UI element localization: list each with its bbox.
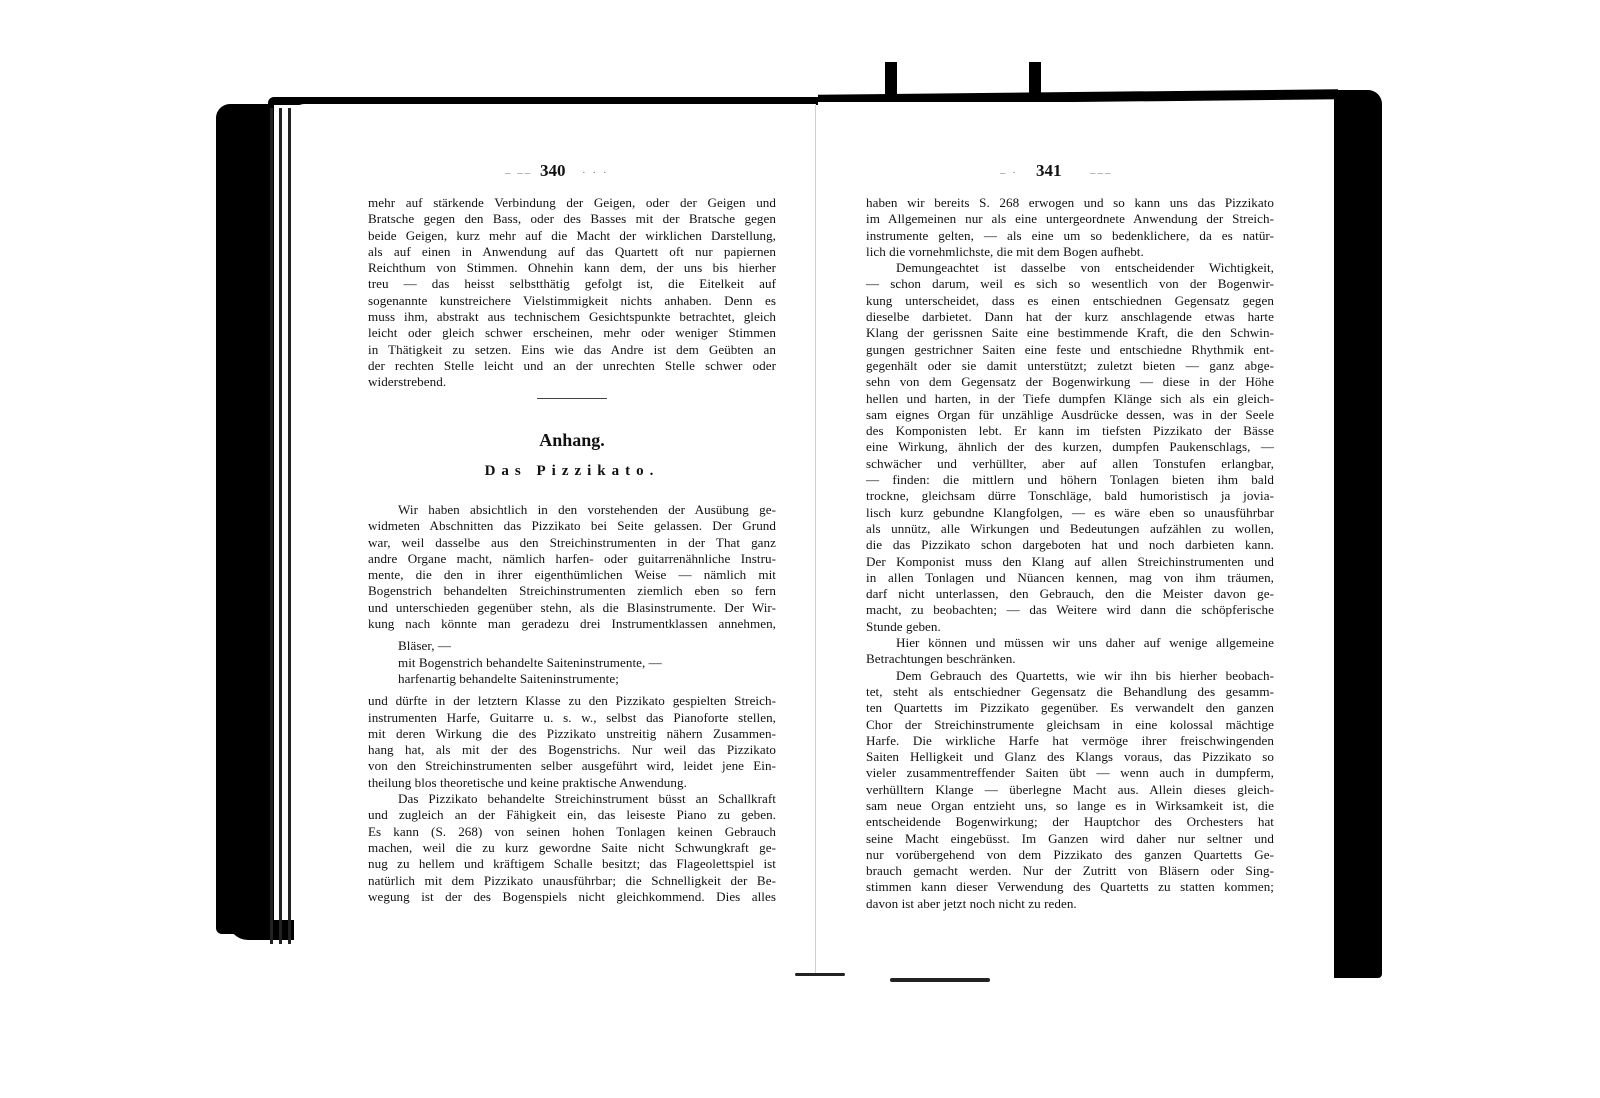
text-line: nug zu hellem und kräftigem Schalle besi… [368, 856, 776, 872]
text-line: dieselbe darbietet. Dann hat der kurz an… [866, 309, 1274, 325]
text-line: Demungeachtet ist dasselbe von entscheid… [866, 260, 1274, 276]
text-line: machen, weil die zu kurz gewordne Saite … [368, 840, 776, 856]
text-line: lich die vornehmlichste, die mit dem Bog… [866, 244, 1274, 260]
text-line: instrumenten Harfe, Guitarre u. s. w., s… [368, 710, 776, 726]
section-subtitle: Das Pizzikato. [368, 463, 776, 480]
text-line: die das Pizzikato schon dargeboten hat u… [866, 537, 1274, 553]
text-line: instrumente gelten, — als eine um so bed… [866, 228, 1274, 244]
text-line: davon ist aber jetzt noch nicht zu reden… [866, 896, 1274, 912]
page-number-ornament: – · [1000, 167, 1018, 179]
bookmark-tab [1029, 62, 1041, 102]
text-line: seine Macht eingebüsst. Im Ganzen wird d… [866, 831, 1274, 847]
gutter-shadow [795, 973, 845, 976]
text-line: hang hat, als mit der des Bogenstrichs. … [368, 742, 776, 758]
text-line: Bogenstrich behandelten Streichinstrumen… [368, 583, 776, 599]
right-text-column: haben wir bereits S. 268 erwogen und so … [866, 195, 1274, 912]
text-line: Der Komponist muss den Klang auf allen S… [866, 554, 1274, 570]
text-line: macht, zu beobachten; — das Weitere wird… [866, 602, 1274, 618]
left-paragraph-1: mehr auf stärkende Verbindung der Geigen… [368, 195, 776, 391]
text-line: in Thätigkeit zu setzen. Eins wie das An… [368, 342, 776, 358]
section-title: Anhang. [368, 430, 776, 451]
text-line: Wir haben absichtlich in den vorstehende… [368, 502, 776, 518]
text-line: widerstrebend. [368, 374, 776, 390]
text-line: — schon darum, weil es sich so wesentlic… [866, 276, 1274, 292]
text-line: Stunde geben. [866, 619, 1274, 635]
text-line: entscheidende Bogenwirkung; der Hauptcho… [866, 814, 1274, 830]
text-line: im Allgemeinen nur als eine untergeordne… [866, 211, 1274, 227]
page-edge [279, 108, 282, 944]
page-bottom-shadow [890, 978, 990, 982]
text-line: treu — das heisst selbstthätig gefolgt i… [368, 276, 776, 292]
text-line: Es kann (S. 268) von seinen hohen Tonlag… [368, 824, 776, 840]
text-line: eine Wirkung, ähnlich der des kurzen, du… [866, 439, 1274, 455]
text-line: des Komponisten lebt. Er kann im tiefste… [866, 423, 1274, 439]
text-line: natürlich mit dem Pizzikato unausführbar… [368, 873, 776, 889]
text-line: kung nach könnte man geradezu drei Instr… [368, 616, 776, 632]
page-number-ornament: ––– [1090, 167, 1113, 179]
text-line: Dem Gebrauch des Quartetts, wie wir ihn … [866, 668, 1274, 684]
book-cover-right [1334, 90, 1382, 978]
text-line: als auf einen in Anwendung auf das Quart… [368, 244, 776, 260]
text-line: der rechten Stelle leicht und an der unr… [368, 358, 776, 374]
left-paragraph-2: Wir haben absichtlich in den vorstehende… [368, 502, 776, 905]
text-line: und unterschieden gegenüber stehn, als d… [368, 600, 776, 616]
text-line: tet, steht als entschiedner Gegensatz di… [866, 684, 1274, 700]
page-number-right: 341 [1036, 161, 1062, 181]
text-line: vieler zusammentreffender Saiten übt — w… [866, 765, 1274, 781]
text-line: sogenannte kunstreichere Vielstimmigkeit… [368, 293, 776, 309]
text-line: in allen Tonlagen und Nüancen kennen, ma… [866, 570, 1274, 586]
text-line: andre Organe macht, nämlich harfen- oder… [368, 551, 776, 567]
text-line: als unnütz, alle Wirkungen und Bedeutung… [866, 521, 1274, 537]
text-line: mente, die den in ihrer eigenthümlichen … [368, 567, 776, 583]
text-line: — finden: die mittlern und höhern Tonlag… [866, 472, 1274, 488]
text-line: mehr auf stärkende Verbindung der Geigen… [368, 195, 776, 211]
text-line: leicht oder gleich schwer erscheinen, me… [368, 325, 776, 341]
text-line: Reichthum von Stimmen. Ohnehin kann dem,… [368, 260, 776, 276]
text-line: Betrachtungen beschränken. [866, 651, 1274, 667]
text-line: nur vorübergehend von dem Pizzikato des … [866, 847, 1274, 863]
text-line: ten Quartetts im Pizzikato gegenüber. Es… [866, 700, 1274, 716]
text-line: Das Pizzikato behandelte Streichinstrume… [368, 791, 776, 807]
page-edge [288, 108, 291, 944]
book-cover-left [216, 104, 274, 934]
text-line: darf nicht unterlassen, den Gebrauch, de… [866, 586, 1274, 602]
text-line: und dürfte in der letztern Klasse zu den… [368, 693, 776, 709]
text-line: stimmen kann dieser Verwendung des Quart… [866, 879, 1274, 895]
text-line: sam eignes Organ für unzählige Ausdrücke… [866, 407, 1274, 423]
text-line: hellen und harten, in der Tiefe dumpfen … [866, 391, 1274, 407]
text-line: gegenhält oder sie damit unterstützt; zu… [866, 358, 1274, 374]
list-item: harfenartig behandelte Saiteninstrumente… [368, 671, 776, 687]
list-item: mit Bogenstrich behandelte Saiteninstrum… [368, 655, 776, 671]
text-line: Bratsche gegen den Bass, oder des Basses… [368, 211, 776, 227]
text-line: war, weil dasselbe aus den Streichinstru… [368, 535, 776, 551]
text-line: lisch kurz gebundne Klangfolgen, — es wä… [866, 505, 1274, 521]
text-line: trockne, gleichsam dürre Tonschläge, bal… [866, 488, 1274, 504]
text-line: sam neue Organ entzieht uns, so lange es… [866, 798, 1274, 814]
text-line: verhülltern Klange — überlegne Macht aus… [866, 782, 1274, 798]
text-line: brauch gemacht werden. Nur der Zutritt v… [866, 863, 1274, 879]
text-line: beide Geigen, kurz mehr auf die Macht de… [368, 228, 776, 244]
page-edge [270, 108, 273, 944]
text-line: Klang der gerissnen Saite eine bestimmen… [866, 325, 1274, 341]
list-item: Bläser, — [368, 638, 776, 654]
page-number-left: 340 [540, 161, 566, 181]
text-line: theilung blos theoretische und keine pra… [368, 775, 776, 791]
text-line: widmeten Abschnitten das Pizzikato bei S… [368, 518, 776, 534]
page-number-ornament: – –– [505, 167, 532, 179]
text-line: muss ihm, abstrakt aus technischem Gesic… [368, 309, 776, 325]
text-line: haben wir bereits S. 268 erwogen und so … [866, 195, 1274, 211]
text-line: schwächer und verhüllter, aber auf allen… [866, 456, 1274, 472]
book-gutter [815, 105, 816, 975]
text-line: Saiten Helligkeit und Glanz des Klangs v… [866, 749, 1274, 765]
text-line: gungen gestrichner Saiten eine feste und… [866, 342, 1274, 358]
text-line: von den Streichinstrumenten selber ausge… [368, 758, 776, 774]
text-line: sehn von dem Gegensatz der Bogenwirkung … [866, 374, 1274, 390]
text-line: wegung ist der des Bogenspiels nicht gle… [368, 889, 776, 905]
text-line: Harfe. Die wirkliche Harfe hat vermöge i… [866, 733, 1274, 749]
text-line: Chor der Streichinstrumente gleichsam in… [866, 717, 1274, 733]
text-line: Hier können und müssen wir uns daher auf… [866, 635, 1274, 651]
page-number-ornament: · · · [582, 167, 609, 179]
text-line: und zugleich an der Fähigkeit ein, das l… [368, 807, 776, 823]
bookmark-tab [885, 62, 897, 102]
text-line: kung unterscheidet, dass es einen entsch… [866, 293, 1274, 309]
text-line: mit deren Wirkung die des Pizzikato unst… [368, 726, 776, 742]
section-divider [537, 398, 607, 399]
